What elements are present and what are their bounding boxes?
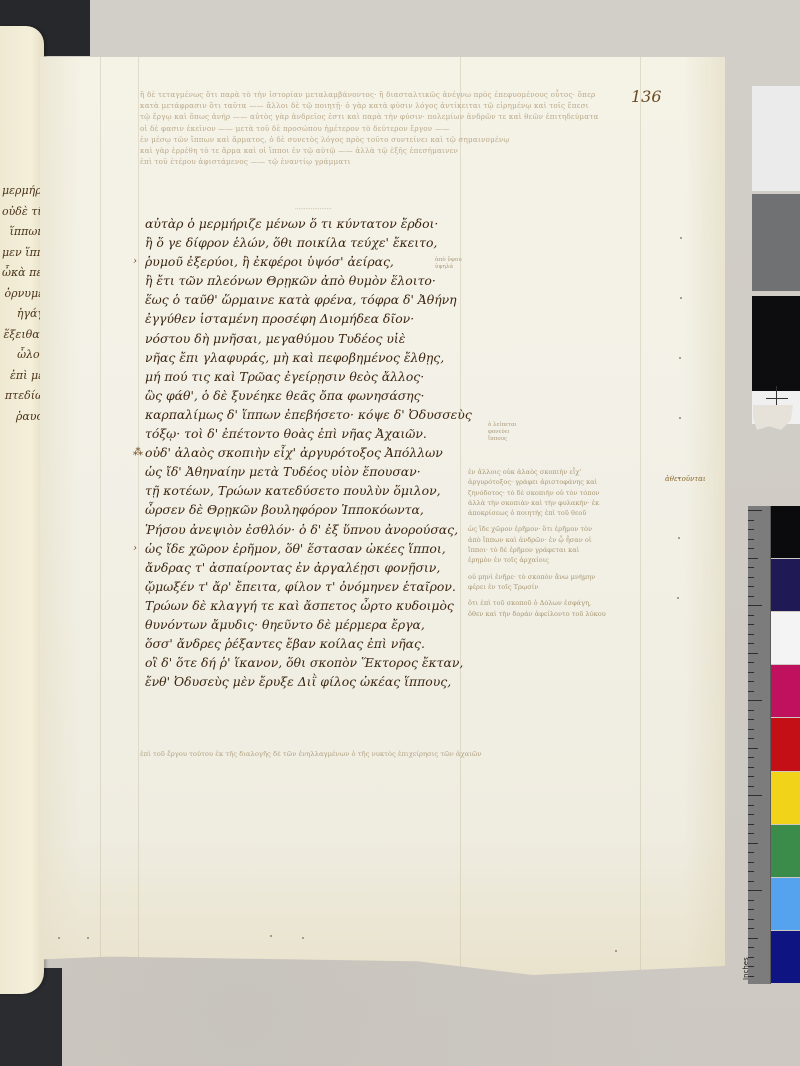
text-line: ᾤμωξέν τ' ἄρ' ἔπειτα, φίλον τ' ὀνόμηνεν …: [145, 577, 505, 596]
line-marker-icon: ⁂: [133, 443, 143, 462]
ruler-tick: [748, 691, 754, 692]
facing-line: ἕξειθαι: [2, 325, 44, 346]
line-marker-icon: ›: [133, 252, 137, 271]
text-line-content: ὡς ἴδ' Ἀθηναίην μετὰ Τυδέος υἱὸν ἕπουσαν…: [145, 464, 421, 479]
text-line: ἢ ὅ γε δίφρον ἑλών, ὅθι ποικίλα τεύχε' ἔ…: [145, 233, 505, 252]
scholia-bottom-line: ἐπὶ τοῦ ἔργου τούτου ἐκ τῆς διαλογῆς δὲ …: [140, 750, 700, 758]
scholia-line: ἐν μέσῳ τῶν ἵππων καὶ ἄρματος, ὁ δὲ συνε…: [140, 134, 690, 145]
crosshair-icon: [766, 398, 788, 399]
ruler-tick: [748, 748, 758, 749]
ruler-tick: [748, 672, 754, 673]
text-line-content: νόστου δὴ μνῆσαι, μεγαθύμου Τυδέος υἱὲ: [145, 331, 405, 346]
swatch-white: [752, 86, 800, 191]
ruling-line: [100, 57, 101, 975]
facing-line: ἠγάγ: [2, 304, 44, 325]
ruler-tick: [748, 653, 758, 654]
interlinear-gloss: ·····················: [295, 207, 332, 214]
facing-page-text: μερμήριοὐδὲ τίσιἵππωνμεν ἵππὦκὰ πεδίὀρνυ…: [0, 181, 44, 427]
ruler-tick: [748, 615, 754, 616]
ruler-tick: [748, 710, 754, 711]
scholia-line: τῷ ἔργῳ καὶ ὅπως ἀνήρ —— αὐτὸς γὰρ ἀνδρε…: [140, 111, 690, 122]
swatch-black: [771, 506, 800, 558]
scholia-line: κατὰ μετάφρασιν ὅτι ταῦτα —— ἄλλοι δὲ τῷ…: [140, 100, 690, 111]
facing-page-edge: μερμήριοὐδὲ τίσιἵππωνμεν ἵππὦκὰ πεδίὀρνυ…: [0, 26, 44, 994]
ruler-tick: [748, 938, 758, 939]
swatch-mid-gray: [752, 194, 800, 291]
text-line: νόστου δὴ μνῆσαι, μεγαθύμου Τυδέος υἱὲ: [145, 329, 505, 348]
ruler-tick: [748, 957, 754, 958]
facing-line: ὀρνυμε: [2, 284, 44, 305]
pricking-mark: [615, 950, 617, 952]
text-line-content: ἢ ὅ γε δίφρον ἑλών, ὅθι ποικίλα τεύχε' ἔ…: [145, 235, 437, 250]
ruler-tick: [748, 909, 754, 910]
crosshair-icon: [776, 386, 777, 408]
text-line: μή πού τις καὶ Τρῶας ἐγείρῃσιν θεὸς ἄλλο…: [145, 367, 505, 386]
text-line-content: θυνόντων ἄμυδις· θηεῦντο δὲ μέρμερα ἔργα…: [145, 617, 425, 632]
ruler-tick: [748, 900, 754, 901]
ruler-tick: [748, 805, 754, 806]
text-line-content: οὐδ' ἀλαὸς σκοπιὴν εἶχ' ἀργυρότοξος Ἀπόλ…: [145, 445, 443, 460]
text-line: ἐγγύθεν ἱσταμένη προσέφη Διομήδεα δῖον·: [145, 309, 505, 328]
marginal-note: ἀθετοῦνται: [665, 475, 706, 483]
ruler-tick: [748, 976, 754, 977]
line-marker-icon: ›: [133, 539, 137, 558]
scholia-paragraph: ὡς ἴδε χῶρον ἐρῆμον· ὅτι ἐρῆμον τὸνἀπὸ ἵ…: [468, 524, 638, 565]
ruler-tick: [748, 529, 754, 530]
text-line: ⁂οὐδ' ἀλαὸς σκοπιὴν εἶχ' ἀργυρότοξος Ἀπό…: [145, 443, 505, 462]
pricking-mark: [680, 297, 682, 299]
text-line: ὦρσεν δὲ Θρῃκῶν βουληφόρον Ἱπποκόωντα,: [145, 500, 505, 519]
ruler-tick: [748, 729, 754, 730]
ruler-tick: [748, 738, 754, 739]
facing-line: μεν ἵππ: [2, 243, 44, 264]
scholia-paragraph: οὐ μηνὶ ἐνῆρε· τὸ σκοπὸν ἄνω μνήμηνφέρει…: [468, 572, 638, 593]
text-line: τόξῳ· τοὶ δ' ἐπέτοντο θοὰς ἐπὶ νῆας Ἀχαι…: [145, 424, 505, 443]
ruler-tick: [748, 577, 754, 578]
text-line: θυνόντων ἄμυδις· θηεῦντο δὲ μέρμερα ἔργα…: [145, 615, 505, 634]
text-line-content: καρπαλίμως δ' ἵππων ἐπεβήσετο· κόψε δ' Ὀ…: [145, 407, 472, 422]
text-line: ἄνδρας τ' ἀσπαίροντας ἐν ἀργαλέῃσι φονῇσ…: [145, 558, 505, 577]
text-line-content: ὅσσ' ἄνδρες ῥέξαντες ἔβαν κοίλας ἐπὶ νῆα…: [145, 636, 425, 651]
ruler-tick: [748, 757, 754, 758]
facing-line: ἐπὶ με: [2, 366, 44, 387]
text-line-content: ἔνθ' Ὀδυσεὺς μὲν ἔρυξε Διῒ φίλος ὠκέας ἵ…: [145, 674, 451, 689]
text-line: ἢ ἔτι τῶν πλεόνων Θρῃκῶν ἀπὸ θυμὸν ἕλοιτ…: [145, 271, 505, 290]
text-line-content: ὦρσεν δὲ Θρῃκῶν βουληφόρον Ἱπποκόωντα,: [145, 502, 424, 517]
pricking-mark: [679, 417, 681, 419]
text-line: ἔνθ' Ὀδυσεὺς μὲν ἔρυξε Διῒ φίλος ὠκέας ἵ…: [145, 672, 505, 691]
text-line: Ῥήσου ἀνεψιὸν ἐσθλόν· ὁ δ' ἐξ ὕπνου ἀνορ…: [145, 520, 505, 539]
text-line: καρπαλίμως δ' ἵππων ἐπεβήσετο· κόψε δ' Ὀ…: [145, 405, 505, 424]
ruler-tick: [748, 643, 754, 644]
ruler-tick: [748, 605, 762, 606]
ruler-tick: [748, 548, 754, 549]
swatch-yellow: [771, 772, 800, 824]
inch-ruler: Inches: [748, 506, 771, 984]
ruler-tick: [748, 520, 754, 521]
text-line-content: ῥυμοῦ ἐξερύοι, ἢ ἐκφέροι ὑψόσ' ἀείρας,: [145, 254, 394, 269]
ruler-tick: [748, 681, 754, 682]
ruler-tick: [748, 919, 754, 920]
text-line-content: Τρώων δὲ κλαγγή τε καὶ ἄσπετος ὦρτο κυδο…: [145, 598, 454, 613]
ruler-tick: [748, 824, 754, 825]
ruler-tick: [748, 719, 754, 720]
text-line: ›ὡς ἴδε χῶρον ἐρῆμον, ὅθ' ἕστασαν ὠκέες …: [145, 539, 505, 558]
pricking-mark: [680, 237, 682, 239]
text-line: τῇ κοτέων, Τρώων κατεδύσετο πουλὺν ὅμιλο…: [145, 481, 505, 500]
pricking-mark: [302, 937, 304, 939]
scholia-line: οἱ δὲ φασιν ἐκεῖνον —— μετὰ τοῦ δὲ προσώ…: [140, 123, 690, 134]
main-text-block: αὐτὰρ ὁ μερμήριζε μένων ὅ τι κύντατον ἔρ…: [145, 214, 505, 691]
ruler-tick: [748, 890, 762, 891]
swatch-red: [771, 718, 800, 770]
scholia-paragraph: ὅτι ἐπὶ τοῦ σκοποῦ ὁ Δόλων ἐσφάγη,ὅθεν κ…: [468, 598, 638, 619]
ruler-tick: [748, 767, 754, 768]
ruling-line: [138, 57, 139, 975]
text-line: Τρώων δὲ κλαγγή τε καὶ ἄσπετος ὦρτο κυδο…: [145, 596, 505, 615]
facing-line: ῥαυσ: [2, 407, 44, 428]
color-checker-target: Inches: [748, 506, 800, 984]
ruler-tick: [748, 596, 754, 597]
ruler-tick: [748, 662, 754, 663]
pricking-mark: [58, 937, 60, 939]
pricking-mark: [678, 537, 680, 539]
text-line: νῆας ἔπι γλαφυράς, μὴ καὶ πεφοβημένος ἔλ…: [145, 348, 505, 367]
swatch-white: [771, 612, 800, 664]
text-line-content: τόξῳ· τοὶ δ' ἐπέτοντο θοὰς ἐπὶ νῆας Ἀχαι…: [145, 426, 427, 441]
ruler-tick: [748, 795, 762, 796]
facing-line: ἵππων: [2, 222, 44, 243]
scholia-line: καὶ γὰρ ἐρρέθη τὸ τε ἄρμα καὶ οἱ ἵπποι ἐ…: [140, 145, 690, 156]
swatch-magenta: [771, 665, 800, 717]
grayscale-target: [752, 86, 800, 424]
facing-line: οὐδὲ τίσι: [2, 202, 44, 223]
ruler-label: Inches: [742, 940, 750, 980]
ruler-tick: [748, 966, 754, 967]
ruler-tick: [748, 833, 754, 834]
text-line: ἕως ὁ ταῦθ' ὥρμαινε κατὰ φρένα, τόφρα δ'…: [145, 290, 505, 309]
ruler-tick: [748, 786, 754, 787]
manuscript-folio: 136 ἢ δὲ τεταγμένως ὅτι παρὰ τὸ τὴν ἱστο…: [40, 57, 725, 975]
scholia-right-block: ἐν ἄλλοις οὐκ ἀλαὸς σκοπιὴν εἶχ'ἀργυρότο…: [468, 467, 638, 625]
text-line-content: ἐγγύθεν ἱσταμένη προσέφη Διομήδεα δῖον·: [145, 311, 414, 326]
ruler-tick: [748, 928, 754, 929]
scholia-top-block: ἢ δὲ τεταγμένως ὅτι παρὰ τὸ τὴν ἱστορίαν…: [140, 89, 690, 167]
text-line-content: Ῥήσου ἀνεψιὸν ἐσθλόν· ὁ δ' ἐξ ὕπνου ἀνορ…: [145, 522, 458, 537]
facing-line: πτεδίω: [2, 386, 44, 407]
pricking-mark: [678, 477, 680, 479]
pricking-mark: [679, 357, 681, 359]
ruler-tick: [748, 634, 754, 635]
text-line: ὡς ἴδ' Ἀθηναίην μετὰ Τυδέος υἱὸν ἕπουσαν…: [145, 462, 505, 481]
text-line-content: τῇ κοτέων, Τρώων κατεδύσετο πουλὺν ὅμιλο…: [145, 483, 441, 498]
facing-line: ὦκὰ πεδί: [2, 263, 44, 284]
text-line-content: ὣς φάθ', ὁ δὲ ξυνέηκε θεᾶς ὄπα φωνησάσης…: [145, 388, 424, 403]
text-line-content: αὐτὰρ ὁ μερμήριζε μένων ὅ τι κύντατον ἔρ…: [145, 216, 438, 231]
ruler-tick: [748, 700, 762, 701]
text-line: ›ῥυμοῦ ἐξερύοι, ἢ ἐκφέροι ὑψόσ' ἀείρας,: [145, 252, 505, 271]
text-line-content: ᾤμωξέν τ' ἄρ' ἔπειτα, φίλον τ' ὀνόμηνεν …: [145, 579, 456, 594]
swatch-light-blue: [771, 878, 800, 930]
ruler-tick: [748, 814, 754, 815]
facing-line: ὧλοι: [2, 345, 44, 366]
text-line-content: νῆας ἔπι γλαφυράς, μὴ καὶ πεφοβημένος ἔλ…: [145, 350, 444, 365]
text-line-content: ἄνδρας τ' ἀσπαίροντας ἐν ἀργαλέῃσι φονῇσ…: [145, 560, 440, 575]
ruler-tick: [748, 510, 762, 511]
scholia-line: ἢ δὲ τεταγμένως ὅτι παρὰ τὸ τὴν ἱστορίαν…: [140, 89, 690, 100]
ruler-tick: [748, 586, 754, 587]
ruling-line: [640, 57, 641, 975]
ruler-tick: [748, 881, 754, 882]
swatch-green: [771, 825, 800, 877]
text-line: αὐτὰρ ὁ μερμήριζε μένων ὅ τι κύντατον ἔρ…: [145, 214, 505, 233]
ruler-tick: [748, 862, 754, 863]
text-line: οἳ δ' ὅτε δή ῥ' ἵκανον, ὅθι σκοπὸν Ἕκτορ…: [145, 653, 505, 672]
pricking-mark: [270, 935, 272, 937]
scholia-line: ἐπὶ τοῦ ἑτέρου ἀφιστάμενος —— τῷ ἐναντίῳ…: [140, 156, 690, 167]
ruler-tick: [748, 567, 754, 568]
ruler-tick: [748, 558, 758, 559]
pricking-mark: [87, 937, 89, 939]
text-line: ὅσσ' ἄνδρες ῥέξαντες ἔβαν κοίλας ἐπὶ νῆα…: [145, 634, 505, 653]
ruler-tick: [748, 539, 754, 540]
ruler-tick: [748, 871, 754, 872]
swatch-black: [752, 296, 800, 391]
ruler-tick: [748, 624, 754, 625]
facing-line: μερμήρι: [2, 181, 44, 202]
scholia-paragraph: ἐν ἄλλοις οὐκ ἀλαὸς σκοπιὴν εἶχ'ἀργυρότο…: [468, 467, 638, 518]
ruler-tick: [748, 852, 754, 853]
swatch-dark-blue: [771, 931, 800, 983]
pricking-mark: [677, 597, 679, 599]
text-line-content: ἢ ἔτι τῶν πλεόνων Θρῃκῶν ἀπὸ θυμὸν ἕλοιτ…: [145, 273, 436, 288]
ruler-tick: [748, 947, 754, 948]
text-line-content: ὡς ἴδε χῶρον ἐρῆμον, ὅθ' ἕστασαν ὠκέες ἵ…: [145, 541, 446, 556]
swatch-navy: [771, 559, 800, 611]
text-line: ὣς φάθ', ὁ δὲ ξυνέηκε θεᾶς ὄπα φωνησάσης…: [145, 386, 505, 405]
ruler-tick: [748, 843, 758, 844]
ruler-tick: [748, 776, 754, 777]
text-line-content: οἳ δ' ὅτε δή ῥ' ἵκανον, ὅθι σκοπὸν Ἕκτορ…: [145, 655, 463, 670]
text-line-content: μή πού τις καὶ Τρῶας ἐγείρῃσιν θεὸς ἄλλο…: [145, 369, 424, 384]
text-line-content: ἕως ὁ ταῦθ' ὥρμαινε κατὰ φρένα, τόφρα δ'…: [145, 292, 457, 307]
